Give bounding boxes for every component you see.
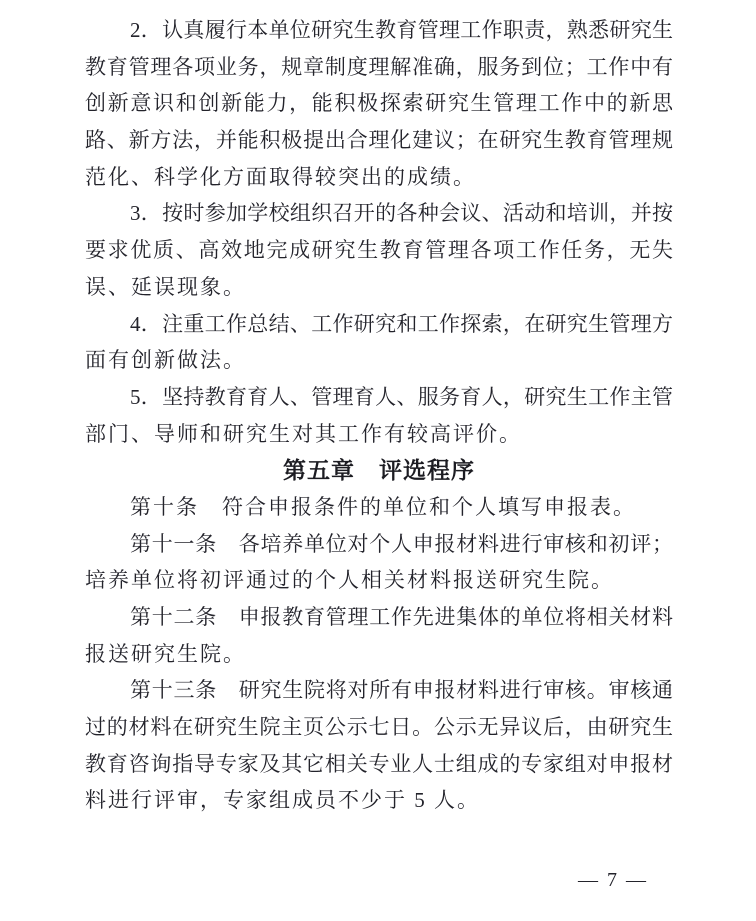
text-line: 3．按时参加学校组织召开的各种会议、活动和培训，并按 <box>85 195 673 232</box>
paragraph: 3．按时参加学校组织召开的各种会议、活动和培训，并按要求优质、高效地完成研究生教… <box>85 195 673 305</box>
text-line: 误、延误现象。 <box>85 269 673 306</box>
text-line: 要求优质、高效地完成研究生教育管理各项工作任务，无失 <box>85 232 673 269</box>
chapter-heading-text: 第五章 评选程序 <box>85 452 673 489</box>
paragraph: 第十三条 研究生院将对所有申报材料进行审核。审核通过的材料在研究生院主页公示七日… <box>85 672 673 819</box>
text-line: 4．注重工作总结、工作研究和工作探索，在研究生管理方 <box>85 306 673 343</box>
text-line: 部门、导师和研究生对其工作有较高评价。 <box>85 416 673 453</box>
page-number: — 7 — <box>578 869 648 892</box>
document-page: 2．认真履行本单位研究生教育管理工作职责，熟悉研究生教育管理各项业务，规章制度理… <box>0 0 756 921</box>
chapter-heading: 第五章 评选程序 <box>85 452 673 489</box>
paragraph: 第十条 符合申报条件的单位和个人填写申报表。 <box>85 489 673 526</box>
text-line: 面有创新做法。 <box>85 342 673 379</box>
text-line: 2．认真履行本单位研究生教育管理工作职责，熟悉研究生 <box>85 12 673 49</box>
text-line: 报送研究生院。 <box>85 636 673 673</box>
text-line: 创新意识和创新能力，能积极探索研究生管理工作中的新思 <box>85 85 673 122</box>
text-line: 过的材料在研究生院主页公示七日。公示无异议后，由研究生 <box>85 709 673 746</box>
text-line: 范化、科学化方面取得较突出的成绩。 <box>85 159 673 196</box>
text-line: 第十条 符合申报条件的单位和个人填写申报表。 <box>85 489 673 526</box>
paragraph: 2．认真履行本单位研究生教育管理工作职责，熟悉研究生教育管理各项业务，规章制度理… <box>85 12 673 195</box>
document-body: 2．认真履行本单位研究生教育管理工作职责，熟悉研究生教育管理各项业务，规章制度理… <box>85 12 673 819</box>
paragraph: 4．注重工作总结、工作研究和工作探索，在研究生管理方面有创新做法。 <box>85 306 673 379</box>
paragraph: 第十二条 申报教育管理工作先进集体的单位将相关材料报送研究生院。 <box>85 599 673 672</box>
text-line: 第十一条 各培养单位对个人申报材料进行审核和初评； <box>85 526 673 563</box>
text-line: 教育咨询指导专家及其它相关专业人士组成的专家组对申报材 <box>85 746 673 783</box>
paragraph: 5．坚持教育育人、管理育人、服务育人，研究生工作主管部门、导师和研究生对其工作有… <box>85 379 673 452</box>
text-line: 料进行评审，专家组成员不少于 5 人。 <box>85 782 673 819</box>
text-line: 路、新方法，并能积极提出合理化建议；在研究生教育管理规 <box>85 122 673 159</box>
paragraph: 第十一条 各培养单位对个人申报材料进行审核和初评；培养单位将初评通过的个人相关材… <box>85 526 673 599</box>
text-line: 培养单位将初评通过的个人相关材料报送研究生院。 <box>85 562 673 599</box>
text-line: 5．坚持教育育人、管理育人、服务育人，研究生工作主管 <box>85 379 673 416</box>
text-line: 第十二条 申报教育管理工作先进集体的单位将相关材料 <box>85 599 673 636</box>
text-line: 第十三条 研究生院将对所有申报材料进行审核。审核通 <box>85 672 673 709</box>
text-line: 教育管理各项业务，规章制度理解准确，服务到位；工作中有 <box>85 49 673 86</box>
